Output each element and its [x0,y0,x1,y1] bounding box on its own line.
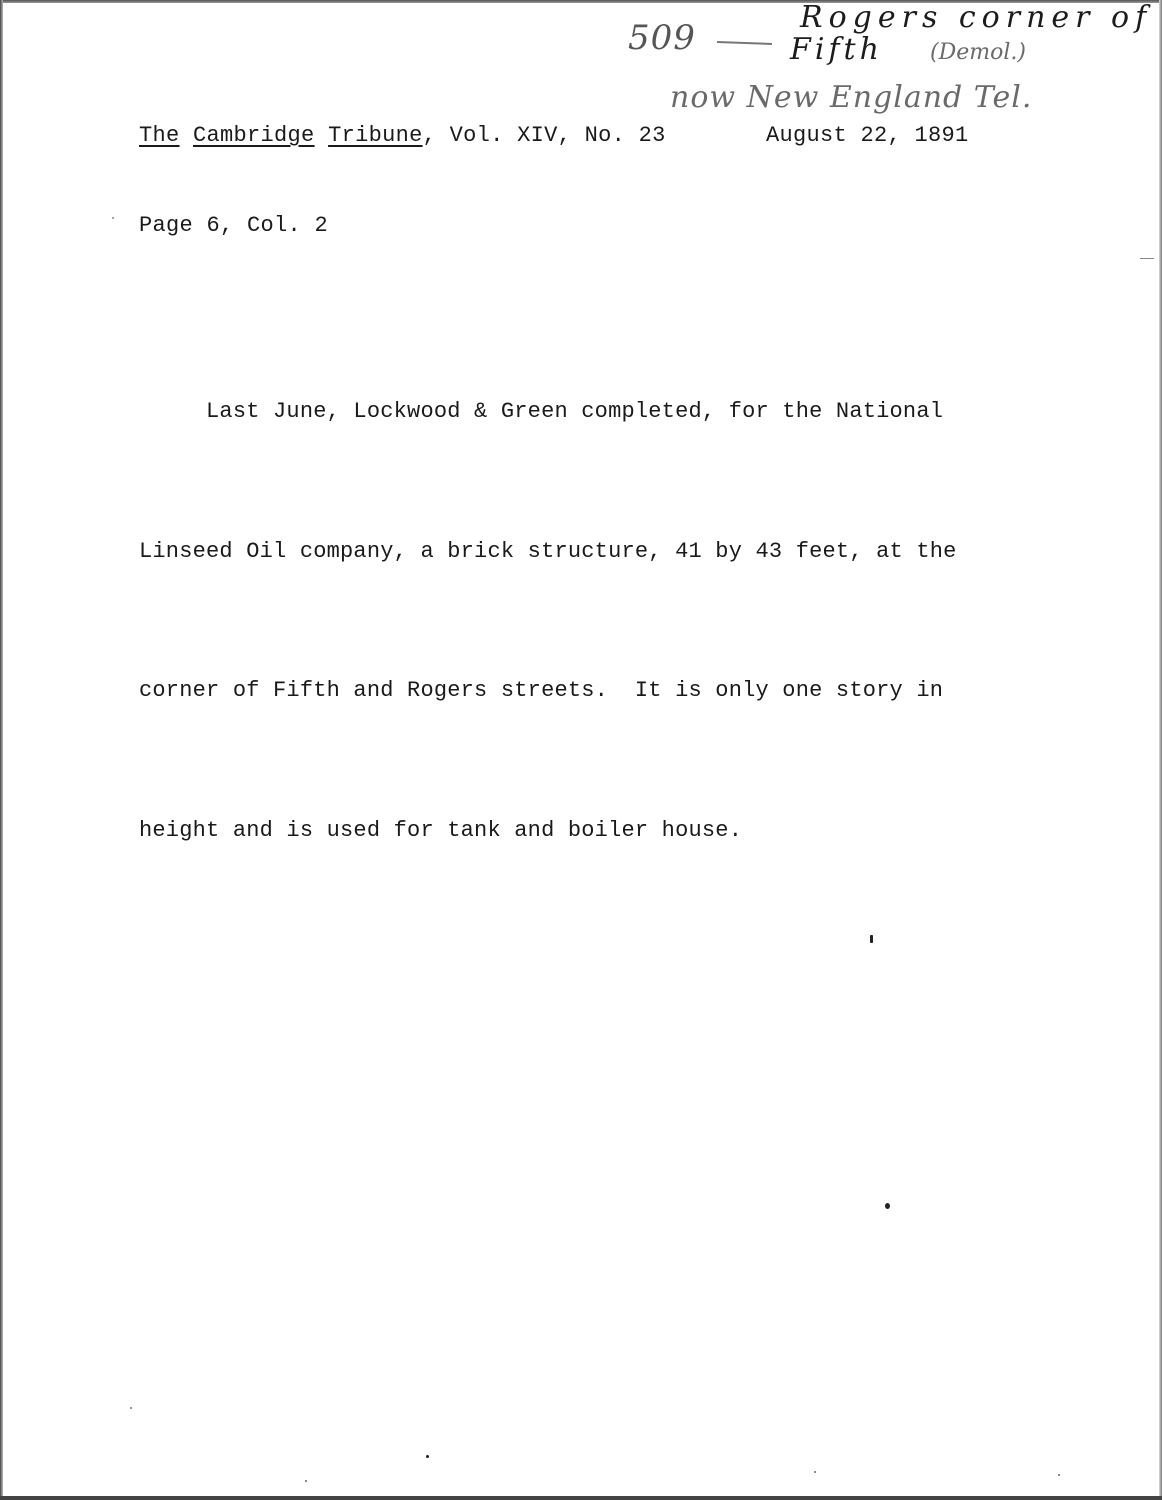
newspaper-name-the: The [139,123,180,148]
newspaper-name-tribune: Tribune [328,123,423,148]
handwritten-note-demolished: (Demol.) [930,40,1026,65]
scan-speck [112,217,114,219]
scan-speck [870,935,873,943]
scan-edge-left [0,0,3,1500]
article-line: Last June, Lockwood & Green completed, f… [139,389,1009,436]
article-line: height and is used for tank and boiler h… [139,808,1009,855]
article-line: Linseed Oil company, a brick structure, … [139,529,1009,576]
handwritten-dash [717,41,772,45]
scan-speck [1140,258,1154,259]
scan-edge-bottom [0,1496,1162,1500]
handwritten-note-line-3: now New England Tel. [670,80,1032,115]
page-column-reference: Page 6, Col. 2 [139,203,328,249]
scan-speck [130,1407,132,1409]
handwritten-note-line-2: Fifth [790,32,883,67]
scan-speck [814,1471,816,1473]
scan-speck [1058,1474,1060,1476]
scan-speck [885,1203,890,1209]
volume-issue: , Vol. XIV, No. 23 [423,123,666,148]
scan-speck [426,1455,429,1458]
article-line: corner of Fifth and Rogers streets. It i… [139,668,1009,715]
document-page: 509 Rogers corner of Fifth (Demol.) now … [0,0,1162,1500]
article-text: Last June, Lockwood & Green completed, f… [139,296,1009,947]
handwritten-note-line-1: Rogers corner of [800,0,1152,35]
publication-date: August 22, 1891 [766,113,969,159]
handwritten-reference-number: 509 [628,18,696,58]
scan-speck [305,1480,307,1482]
source-citation: The Cambridge Tribune, Vol. XIV, No. 23 [139,113,666,159]
newspaper-name-cambridge: Cambridge [193,123,315,148]
